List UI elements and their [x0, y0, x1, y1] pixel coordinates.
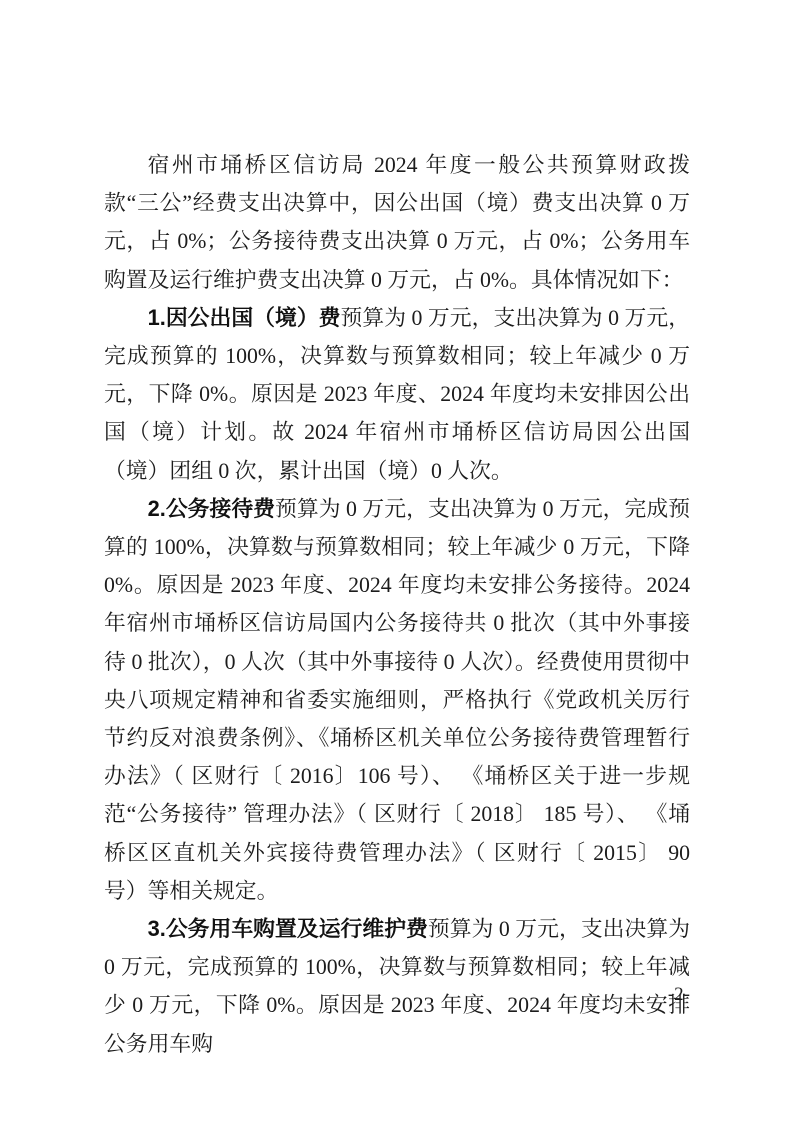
- paragraph-abroad-expense: 1.因公出国（境）费预算为 0 万元，支出决算为 0 万元，完成预算的 100%…: [104, 299, 690, 490]
- paragraph-reception-expense-heading: 2.公务接待费: [148, 496, 275, 521]
- paragraph-intro: 宿州市埇桥区信访局 2024 年度一般公共预算财政拨款“三公”经费支出决算中，因…: [104, 146, 690, 299]
- document-page: 宿州市埇桥区信访局 2024 年度一般公共预算财政拨款“三公”经费支出决算中，因…: [0, 0, 793, 1122]
- document-body: 宿州市埇桥区信访局 2024 年度一般公共预算财政拨款“三公”经费支出决算中，因…: [104, 146, 690, 1063]
- paragraph-abroad-expense-heading: 1.因公出国（境）费: [148, 305, 341, 330]
- paragraph-intro-text: 宿州市埇桥区信访局 2024 年度一般公共预算财政拨款“三公”经费支出决算中，因…: [104, 153, 690, 292]
- paragraph-reception-expense: 2.公务接待费预算为 0 万元，支出决算为 0 万元，完成预算的 100%，决算…: [104, 490, 690, 910]
- paragraph-vehicle-expense: 3.公务用车购置及运行维护费预算为 0 万元，支出决算为 0 万元，完成预算的 …: [104, 910, 690, 1063]
- paragraph-abroad-expense-text: 预算为 0 万元，支出决算为 0 万元，完成预算的 100%，决算数与预算数相同…: [104, 306, 690, 483]
- paragraph-reception-expense-text: 预算为 0 万元，支出决算为 0 万元，完成预算的 100%，决算数与预算数相同…: [104, 497, 690, 903]
- paragraph-vehicle-expense-heading: 3.公务用车购置及运行维护费: [148, 916, 428, 941]
- page-number: -2-: [668, 983, 690, 1007]
